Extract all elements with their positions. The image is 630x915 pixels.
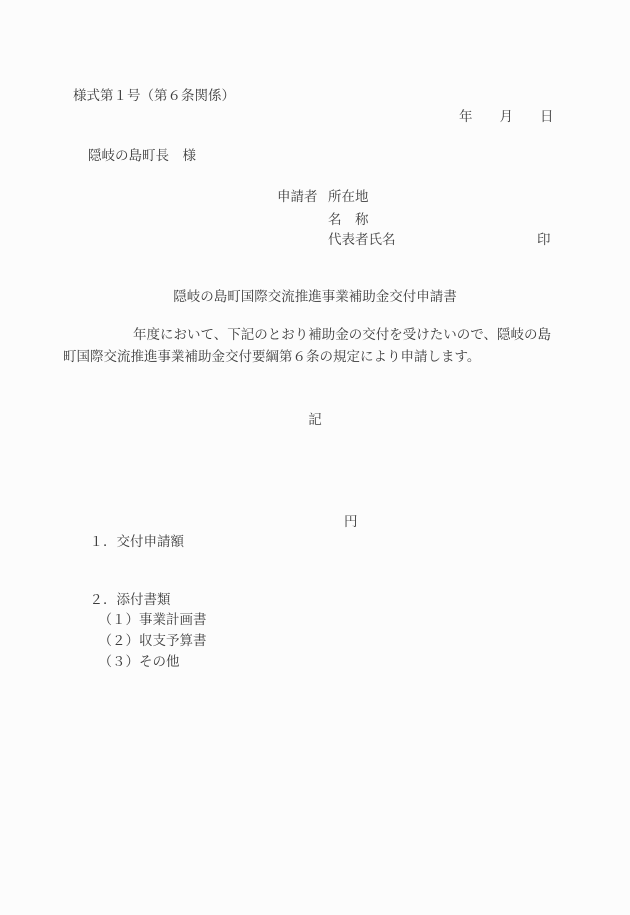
applicant-field-representative: 代表者氏名 [328, 230, 396, 250]
sub-item-number: （３） [99, 654, 140, 669]
form-number: 様式第１号（第６条関係） [73, 86, 235, 106]
body-paragraph-line2: 町国際交流推進事業補助金交付要綱第６条の規定により申請します。 [63, 346, 570, 368]
body-paragraph-line1: 年度において、下記のとおり補助金の交付を受けたいので、隠岐の島 [63, 324, 570, 346]
body-paragraph: 年度において、下記のとおり補助金の交付を受けたいので、隠岐の島 町国際交流推進事… [63, 324, 570, 368]
record-mark: 記 [0, 410, 630, 430]
unit-yen: 円 [344, 512, 358, 532]
sub-item-other: （３）その他 [85, 632, 180, 692]
applicant-field-name: 名 称 [328, 210, 369, 230]
seal-mark: 印 [537, 230, 551, 250]
date-line: 年 月 日 [459, 107, 554, 127]
item-number: １． [90, 534, 117, 549]
addressee: 隠岐の島町長 様 [88, 146, 196, 166]
item-label: 交付申請額 [117, 534, 185, 549]
item-application-amount: １．交付申請額 [76, 512, 184, 572]
applicant-field-location: 所在地 [328, 187, 369, 207]
sub-item-label: その他 [139, 654, 180, 669]
document-page: 様式第１号（第６条関係） 年 月 日 隠岐の島町長 様 申請者 所在地 名 称 … [0, 0, 630, 915]
applicant-label: 申請者 [277, 187, 318, 207]
document-title: 隠岐の島町国際交流推進事業補助金交付申請書 [0, 287, 630, 307]
